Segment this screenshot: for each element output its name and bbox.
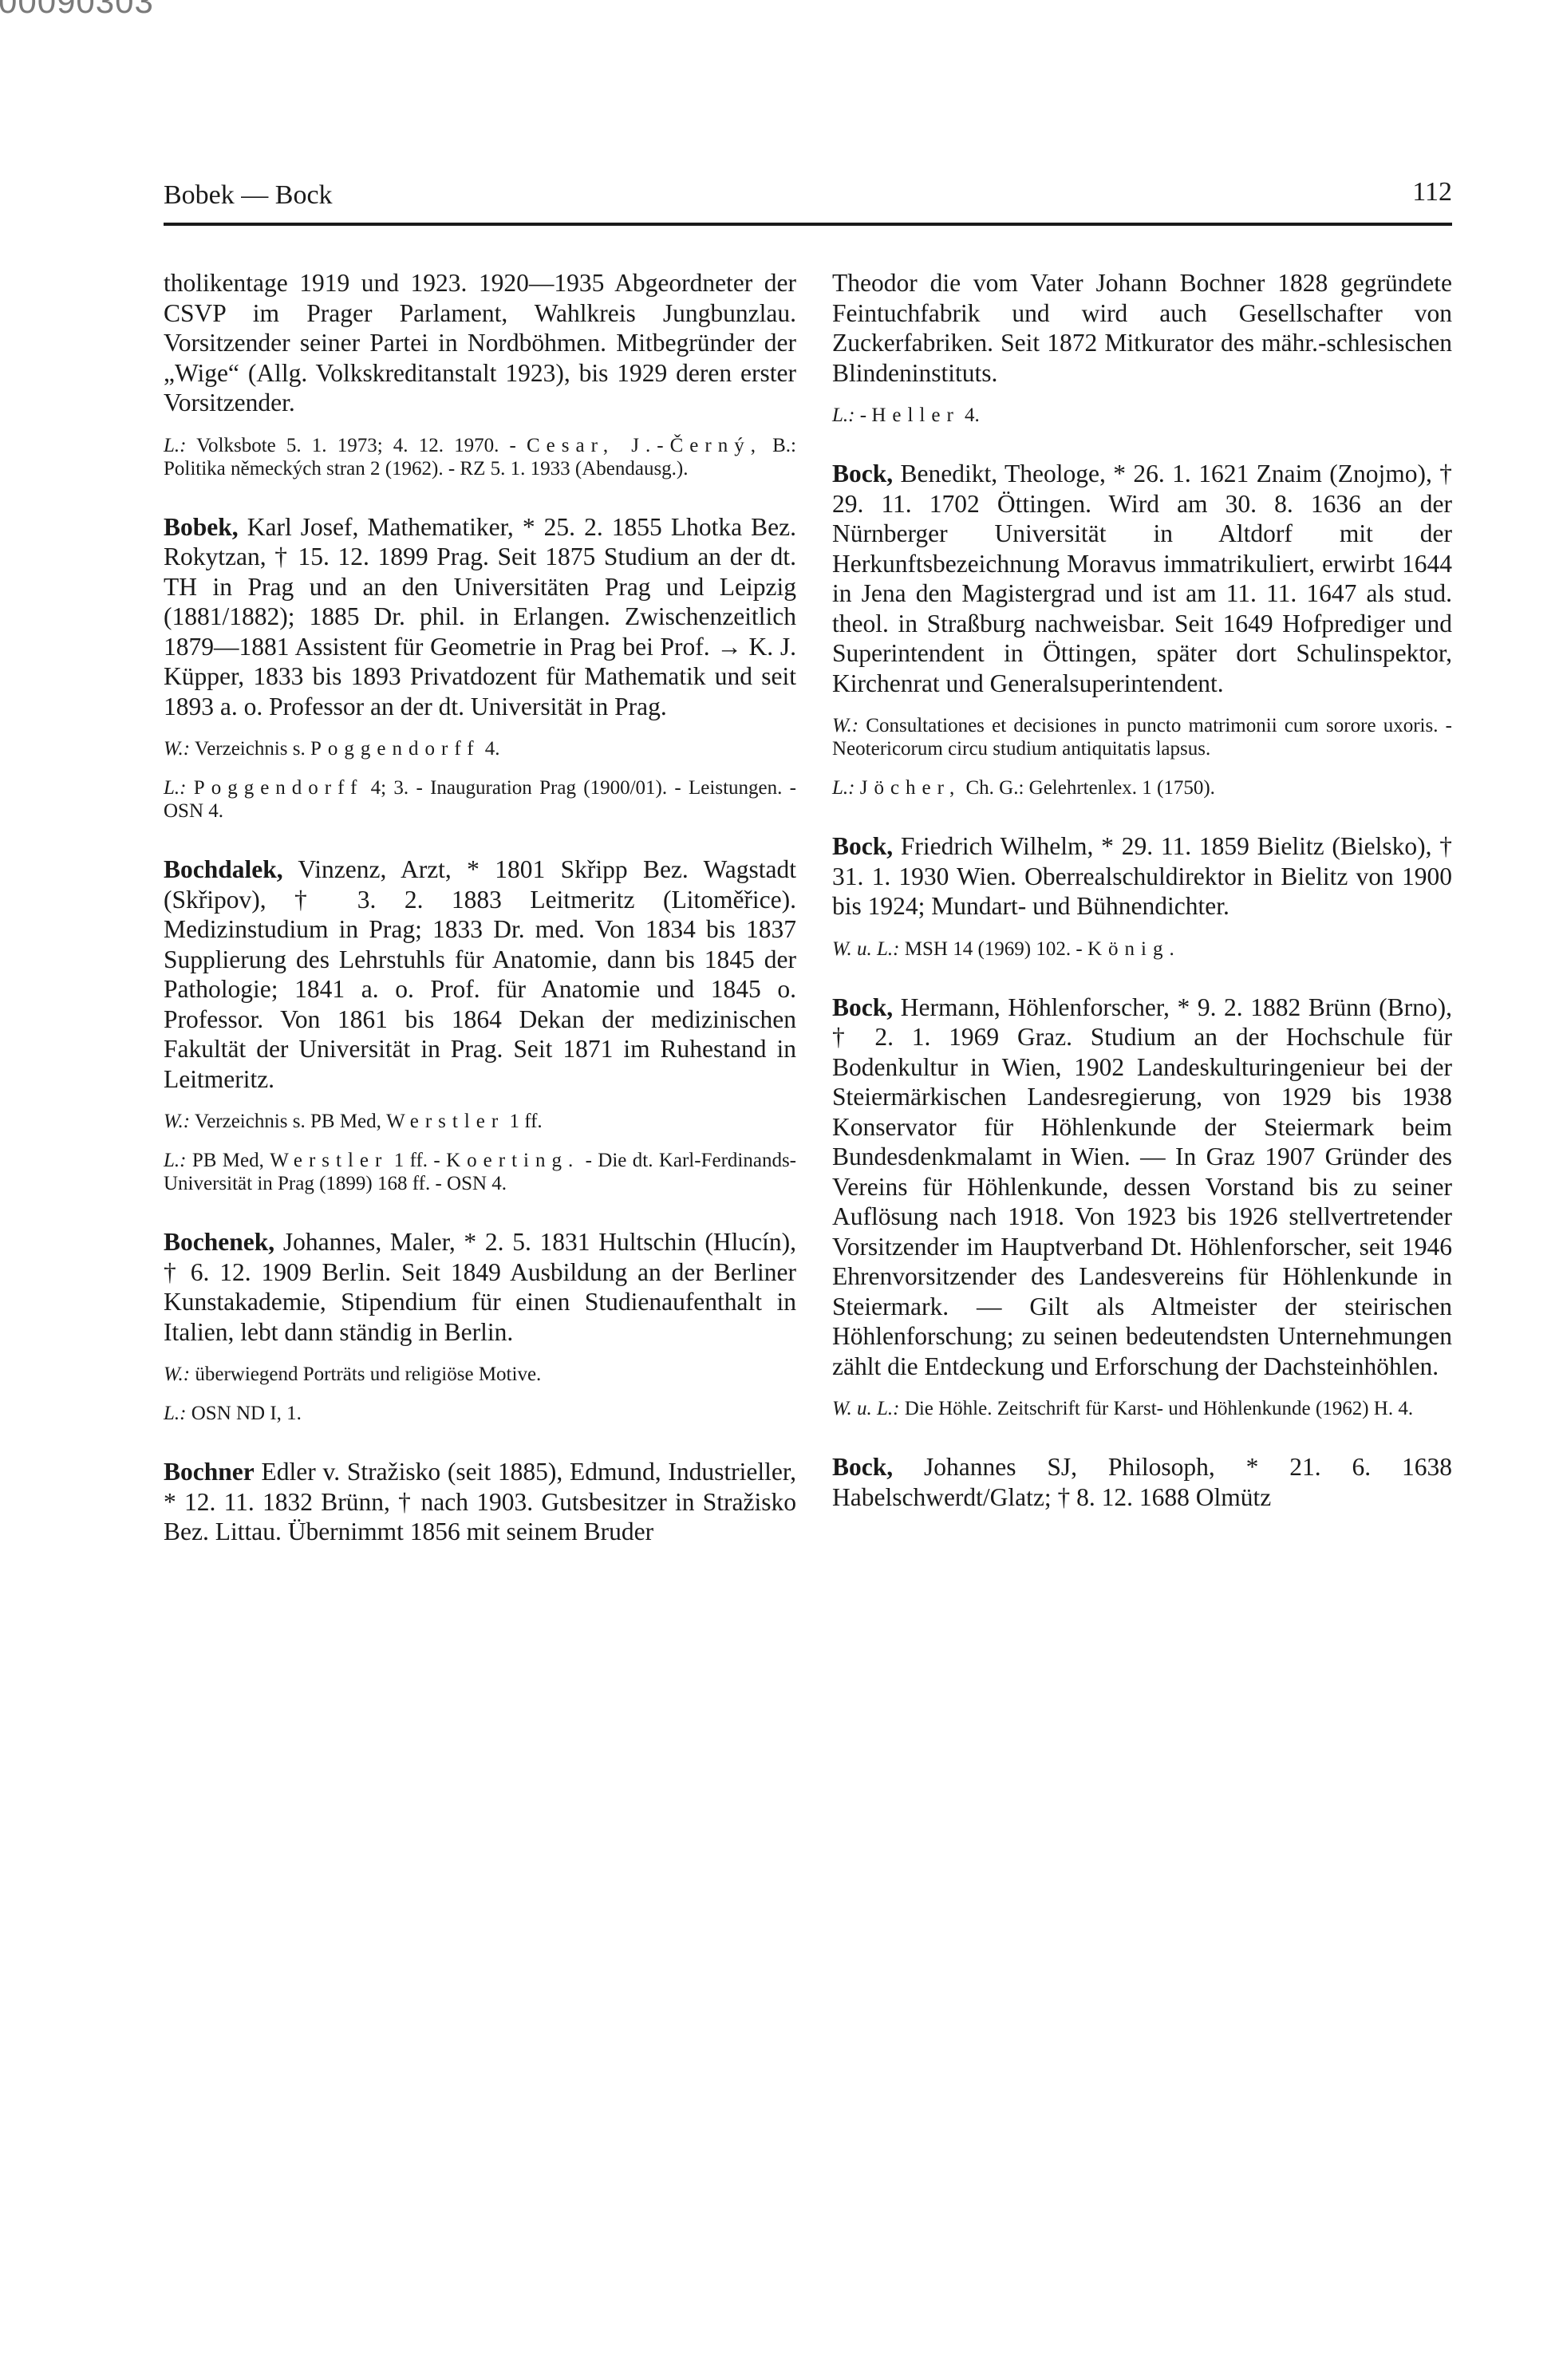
ref-label: W.: (164, 1111, 190, 1132)
entry-lemma: Bochenek, (164, 1228, 274, 1256)
ref-label: L.: (832, 777, 855, 799)
literature-ref: L.: PB Med, Werstler 1 ff. - Koerting. -… (164, 1149, 796, 1195)
entry-continuation: Theodor die vom Vater Johann Bochner 182… (832, 268, 1452, 427)
ref-label: L.: (164, 1403, 186, 1424)
entry-bock-hermann: Bock, Hermann, Höhlenforscher, * 9. 2. 1… (832, 993, 1452, 1421)
ref-text: Die Höhle. Zeitschrift für Karst- und Hö… (900, 1398, 1414, 1419)
ref-text: 1 ff. - (388, 1150, 446, 1171)
running-head-title: Bobek — Bock (164, 180, 333, 211)
ref-text: PB Med, (186, 1150, 270, 1171)
ref-text: Consultationes et decisiones in puncto m… (832, 715, 1452, 760)
ref-label: W. u. L.: (832, 938, 900, 960)
entry-text: Benedikt, Theologe, * 26. 1. 1621 Znaim … (832, 460, 1452, 697)
entry-lemma: Bochdalek, (164, 855, 283, 883)
ref-text: Ch. G.: Gelehrtenlex. 1 (1750). (961, 777, 1215, 799)
entry-text: Karl Josef, Mathematiker, * 25. 2. 1855 … (164, 513, 796, 720)
entry-bochdalek-vinzenz: Bochdalek, Vinzenz, Arzt, * 1801 Skřipp … (164, 855, 796, 1195)
entry-bobek-karl-josef: Bobek, Karl Josef, Mathematiker, * 25. 2… (164, 512, 796, 823)
ref-author: Jöcher, (860, 777, 961, 799)
page-number: 112 (1412, 177, 1452, 207)
literature-ref: L.: Volksbote 5. 1. 1973; 4. 12. 1970. -… (164, 434, 796, 480)
header-rule (164, 223, 1452, 226)
ref-text: Verzeichnis s. PB Med, (190, 1111, 386, 1132)
ref-author: Werstler (386, 1111, 504, 1132)
entry-body: Bochenek, Johannes, Maler, * 2. 5. 1831 … (164, 1227, 796, 1347)
ref-text: 4. (480, 738, 500, 760)
entry-body: Bock, Johannes SJ, Philosoph, * 21. 6. 1… (832, 1452, 1452, 1512)
literature-ref: L.: Jöcher, Ch. G.: Gelehrtenlex. 1 (175… (832, 776, 1452, 799)
entry-bochenek-johannes: Bochenek, Johannes, Maler, * 2. 5. 1831 … (164, 1227, 796, 1425)
entry-text: Friedrich Wilhelm, * 29. 11. 1859 Bielit… (832, 832, 1452, 920)
ref-label: L.: (832, 405, 855, 426)
ref-author: Cesar, J.-Černý, (527, 435, 762, 456)
entry-body: tholikentage 1919 und 1923. 1920—1935 Ab… (164, 268, 796, 418)
entry-body: Bock, Benedikt, Theologe, * 26. 1. 1621 … (832, 459, 1452, 698)
entry-bock-johannes: Bock, Johannes SJ, Philosoph, * 21. 6. 1… (832, 1452, 1452, 1512)
ref-text: Volksbote 5. 1. 1973; 4. 12. 1970. - (186, 435, 527, 456)
ref-author: Werstler (270, 1150, 388, 1171)
entry-lemma: Bochner (164, 1458, 255, 1486)
ref-text: OSN ND I, 1. (186, 1403, 301, 1424)
entry-lemma: Bock, (832, 832, 893, 860)
entry-lemma: Bobek, (164, 513, 239, 541)
works-ref: W.: überwiegend Porträts und religiöse M… (164, 1363, 796, 1386)
ref-author: Heller (871, 405, 959, 426)
ref-text: - (855, 405, 871, 426)
ref-author: Poggendorff (310, 738, 480, 760)
ref-text: MSH 14 (1969) 102. - (900, 938, 1087, 960)
entry-body: Bobek, Karl Josef, Mathematiker, * 25. 2… (164, 512, 796, 722)
ref-label: L.: (164, 777, 186, 799)
left-column: tholikentage 1919 und 1923. 1920—1935 Ab… (164, 268, 796, 1579)
works-and-literature-ref: W. u. L.: Die Höhle. Zeitschrift für Kar… (832, 1397, 1452, 1420)
ref-text: 4. (960, 405, 980, 426)
ref-text: überwiegend Porträts und religiöse Motiv… (190, 1364, 541, 1385)
ref-label: L.: (164, 435, 186, 456)
entry-bock-friedrich-wilhelm: Bock, Friedrich Wilhelm, * 29. 11. 1859 … (832, 831, 1452, 961)
entry-lemma: Bock, (832, 1453, 893, 1481)
entry-body: Bochner Edler v. Stražisko (seit 1885), … (164, 1457, 796, 1547)
entry-continuation: tholikentage 1919 und 1923. 1920—1935 Ab… (164, 268, 796, 480)
entry-text: Vinzenz, Arzt, * 1801 Skřipp Bez. Wagsta… (164, 855, 796, 1093)
ref-label: W.: (832, 715, 858, 736)
entry-body: Bock, Friedrich Wilhelm, * 29. 11. 1859 … (832, 831, 1452, 922)
literature-ref: L.: Poggendorff 4; 3. - Inauguration Pra… (164, 776, 796, 823)
ref-label: W.: (164, 1364, 190, 1385)
entry-text: Johannes SJ, Philosoph, * 21. 6. 1638 Ha… (832, 1453, 1452, 1511)
ref-text: Verzeichnis s. (190, 738, 310, 760)
ref-text (186, 777, 193, 799)
ref-label: L.: (164, 1150, 186, 1171)
entry-lemma: Bock, (832, 993, 893, 1021)
right-column: Theodor die vom Vater Johann Bochner 182… (832, 268, 1452, 1544)
ref-text: 1 ff. (504, 1111, 542, 1132)
scan-id-watermark: 00090303 (0, 0, 154, 21)
literature-ref: L.: OSN ND I, 1. (164, 1402, 796, 1425)
literature-ref: L.: - Heller 4. (832, 404, 1452, 427)
entry-body: Bochdalek, Vinzenz, Arzt, * 1801 Skřipp … (164, 855, 796, 1094)
entry-bochner-edmund: Bochner Edler v. Stražisko (seit 1885), … (164, 1457, 796, 1547)
ref-author: König. (1087, 938, 1181, 960)
ref-label: W. u. L.: (832, 1398, 900, 1419)
entry-text: Edler v. Stražisko (seit 1885), Edmund, … (164, 1458, 796, 1545)
running-head: Bobek — Bock 112 (164, 177, 1452, 217)
works-and-literature-ref: W. u. L.: MSH 14 (1969) 102. - König. (832, 937, 1452, 961)
entry-body: Theodor die vom Vater Johann Bochner 182… (832, 268, 1452, 388)
ref-label: W.: (164, 738, 190, 760)
entry-lemma: Bock, (832, 460, 893, 487)
works-ref: W.: Verzeichnis s. Poggendorff 4. (164, 737, 796, 760)
entry-body: Bock, Hermann, Höhlenforscher, * 9. 2. 1… (832, 993, 1452, 1382)
works-ref: W.: Consultationes et decisiones in punc… (832, 714, 1452, 760)
entry-bock-benedikt: Bock, Benedikt, Theologe, * 26. 1. 1621 … (832, 459, 1452, 799)
ref-author: Koerting. (446, 1150, 579, 1171)
ref-author: Poggendorff (194, 777, 364, 799)
works-ref: W.: Verzeichnis s. PB Med, Werstler 1 ff… (164, 1110, 796, 1133)
entry-text: Hermann, Höhlenforscher, * 9. 2. 1882 Br… (832, 993, 1452, 1380)
